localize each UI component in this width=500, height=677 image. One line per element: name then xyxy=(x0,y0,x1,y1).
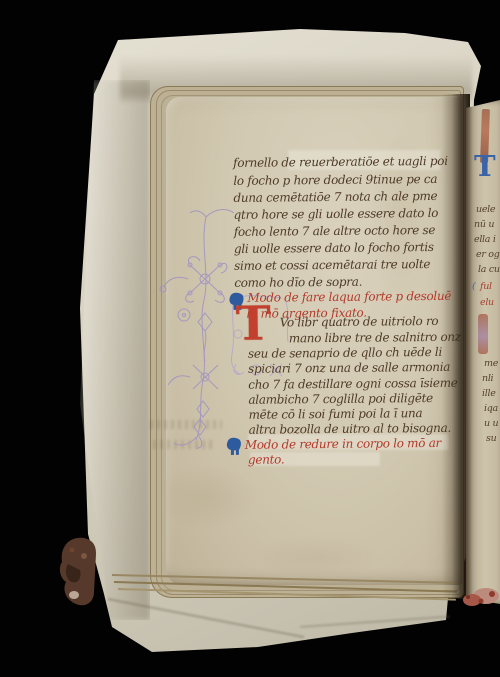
text-line: Vo libr quatro de uitriolo ro xyxy=(280,314,439,330)
facing-page-decoration xyxy=(478,314,488,354)
rubric-line: gento. xyxy=(248,452,285,466)
facing-page-initial: T xyxy=(474,152,496,181)
text-line: mēte cō li soi fumi poi la ī una xyxy=(248,406,422,422)
text-line: simo et cossi acemētarai tre uolte xyxy=(234,257,430,273)
text-line: altra bozolla de uitro al to bisogna. xyxy=(249,421,451,437)
text-fragment: ille xyxy=(482,388,496,399)
text-fragment: ella i xyxy=(474,234,496,245)
text-line: duna cemētatiōe 7 nota ch ale pme xyxy=(233,189,437,205)
text-line: seu de senaprio de qllo ch uēde li xyxy=(248,345,442,361)
text-fragment: nli xyxy=(482,373,493,384)
paragraph-mark-icon xyxy=(226,437,242,456)
text-fragment: er og xyxy=(476,249,499,260)
facing-page-sliver: T uele nū u ella i er og la cu ( ful elu… xyxy=(466,100,500,604)
text-line: cho 7 fa destillare ogni cossa īsieme xyxy=(248,376,457,392)
rubric-line: Modo de fare laqua forte p desoluē xyxy=(247,289,451,305)
text-fragment: la cu xyxy=(478,264,500,275)
leather-clasp xyxy=(54,534,100,612)
text-fragment: u u xyxy=(484,418,498,429)
text-fragment: uele xyxy=(476,204,495,215)
text-fragment: ( xyxy=(472,281,475,292)
text-fragment: nū u xyxy=(474,219,494,230)
illuminated-initial: T xyxy=(235,301,270,348)
text-fragment: su xyxy=(486,433,496,444)
text-line: spiciari 7 onz una de salle armonia xyxy=(248,360,450,376)
manuscript-photo: fornello de reuerberatiōe et uagli poi l… xyxy=(0,0,500,677)
rubric-line: Modo de redure in corpo lo mō ar xyxy=(245,436,441,452)
tie-remnant xyxy=(456,584,500,614)
text-column: fornello de reuerberatiōe et uagli poi l… xyxy=(225,146,458,478)
text-line: como ho dīo de sopra. xyxy=(234,275,362,290)
text-line: fornello de reuerberatiōe et uagli poi xyxy=(233,154,448,170)
text-line: mano libre tre de salnitro onz xyxy=(289,330,461,346)
text-line: lo focho p hore dodeci 9tinue pe ca xyxy=(233,172,437,188)
text-line: qtro hore se gli uolle essere dato lo xyxy=(234,206,439,222)
text-line: gli uolle essere dato lo focho fortis xyxy=(234,240,434,256)
text-line: alambicho 7 coglilla poi diligēte xyxy=(248,391,433,407)
text-fragment: iqa xyxy=(484,403,498,414)
text-line: focho lento 7 ale altre octo hore se xyxy=(234,223,436,239)
text-fragment: elu xyxy=(480,297,494,308)
text-fragment: ful xyxy=(480,281,492,292)
text-fragment: me xyxy=(484,358,498,369)
gutter-shadow xyxy=(442,94,470,599)
